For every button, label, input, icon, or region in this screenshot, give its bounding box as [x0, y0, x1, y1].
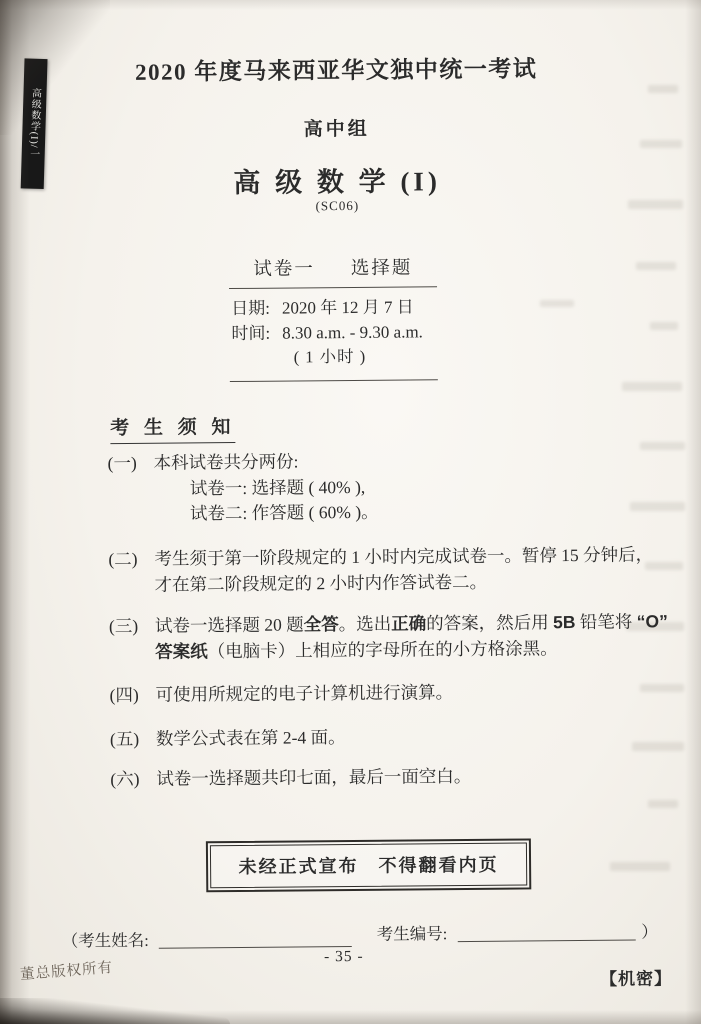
schedule-date-row: 日期: 2020 年 12 月 7 日 [231, 294, 437, 321]
notice-item-number: (一) [107, 451, 154, 528]
candidate-id-label: 考生编号: [377, 924, 448, 944]
time-label: 时间: [231, 321, 270, 346]
candidate-name-label: 考生姓名: [78, 931, 149, 951]
candidate-id-blank [457, 922, 635, 943]
date-value: 2020 年 12 月 7 日 [282, 294, 414, 320]
notice-item-number: (三) [109, 614, 155, 665]
notice-item-text: 考生须于第一阶段规定的 1 小时内完成试卷一。暂停 15 分钟后， 才在第二阶段… [154, 542, 653, 597]
notice-item-1: (一) 本科试卷共分两份: 试卷一: 选择题 ( 40% ), 试卷二: 作答题… [107, 446, 668, 527]
schedule-heading: 试卷一 选择题 [229, 253, 437, 289]
notice-item-5: (五) 数学公式表在第 2-4 面。 [110, 722, 670, 752]
candidate-id-field: 考生编号:） [377, 918, 658, 944]
candidate-name-blank [159, 928, 352, 949]
duration-value: ( 1 小时 ) [232, 344, 438, 369]
photo-top-left-corner-shadow [0, 0, 110, 135]
warning-text: 未经正式宣布 不得翻看内页 [210, 842, 527, 888]
date-label: 日期: [231, 296, 270, 321]
notice-item-3: (三) 试卷一选择题 20 题全答。选出正确的答案，然后用 5B 铅笔将 “O”… [109, 609, 669, 665]
photo-left-edge-shadow [0, 0, 30, 1024]
paper-label: 试卷一 [253, 254, 315, 281]
notice-item-number: (六) [110, 767, 156, 793]
paper-type-label: 选择题 [351, 253, 413, 280]
schedule-details: 日期: 2020 年 12 月 7 日 时间: 8.30 a.m. - 9.30… [229, 287, 438, 382]
notice-heading: 考 生 须 知 [110, 412, 236, 444]
notice-item-text: 可使用所规定的电子计算机进行演算。 [155, 680, 453, 708]
notice-item-text: 数学公式表在第 2-4 面。 [156, 725, 346, 752]
notice-item-text: 试卷一选择题共印七面，最后一面空白。 [156, 764, 471, 792]
notice-item-text: 本科试卷共分两份: 试卷一: 选择题 ( 40% ), 试卷二: 作答题 ( 6… [153, 449, 378, 527]
notice-item-text: 试卷一选择题 20 题全答。选出正确的答案，然后用 5B 铅笔将 “O” 答案纸… [155, 609, 668, 664]
notice-item-4: (四) 可使用所规定的电子计算机进行演算。 [109, 678, 669, 708]
notice-item-number: (四) [109, 683, 155, 709]
notice-item-number: (二) [108, 547, 154, 598]
schedule-block: 试卷一 选择题 日期: 2020 年 12 月 7 日 时间: 8.30 a.m… [229, 253, 438, 382]
warning-box: 未经正式宣布 不得翻看内页 [206, 838, 531, 892]
scanned-exam-cover-page: 2020 年度马来西亚华文独中统一考试 高中组 高 级 数 学 (I) (SC0… [0, 0, 701, 1024]
confidential-stamp: 【机密】 [600, 964, 672, 990]
photo-right-edge-shadow [685, 0, 701, 1024]
time-value: 8.30 a.m. - 9.30 a.m. [282, 319, 423, 345]
notice-item-2: (二) 考生须于第一阶段规定的 1 小时内完成试卷一。暂停 15 分钟后， 才在… [108, 542, 668, 598]
schedule-time-row: 时间: 8.30 a.m. - 9.30 a.m. [231, 319, 437, 346]
notice-item-6: (六) 试卷一选择题共印七面，最后一面空白。 [110, 762, 670, 792]
notice-item-number: (五) [110, 727, 156, 753]
